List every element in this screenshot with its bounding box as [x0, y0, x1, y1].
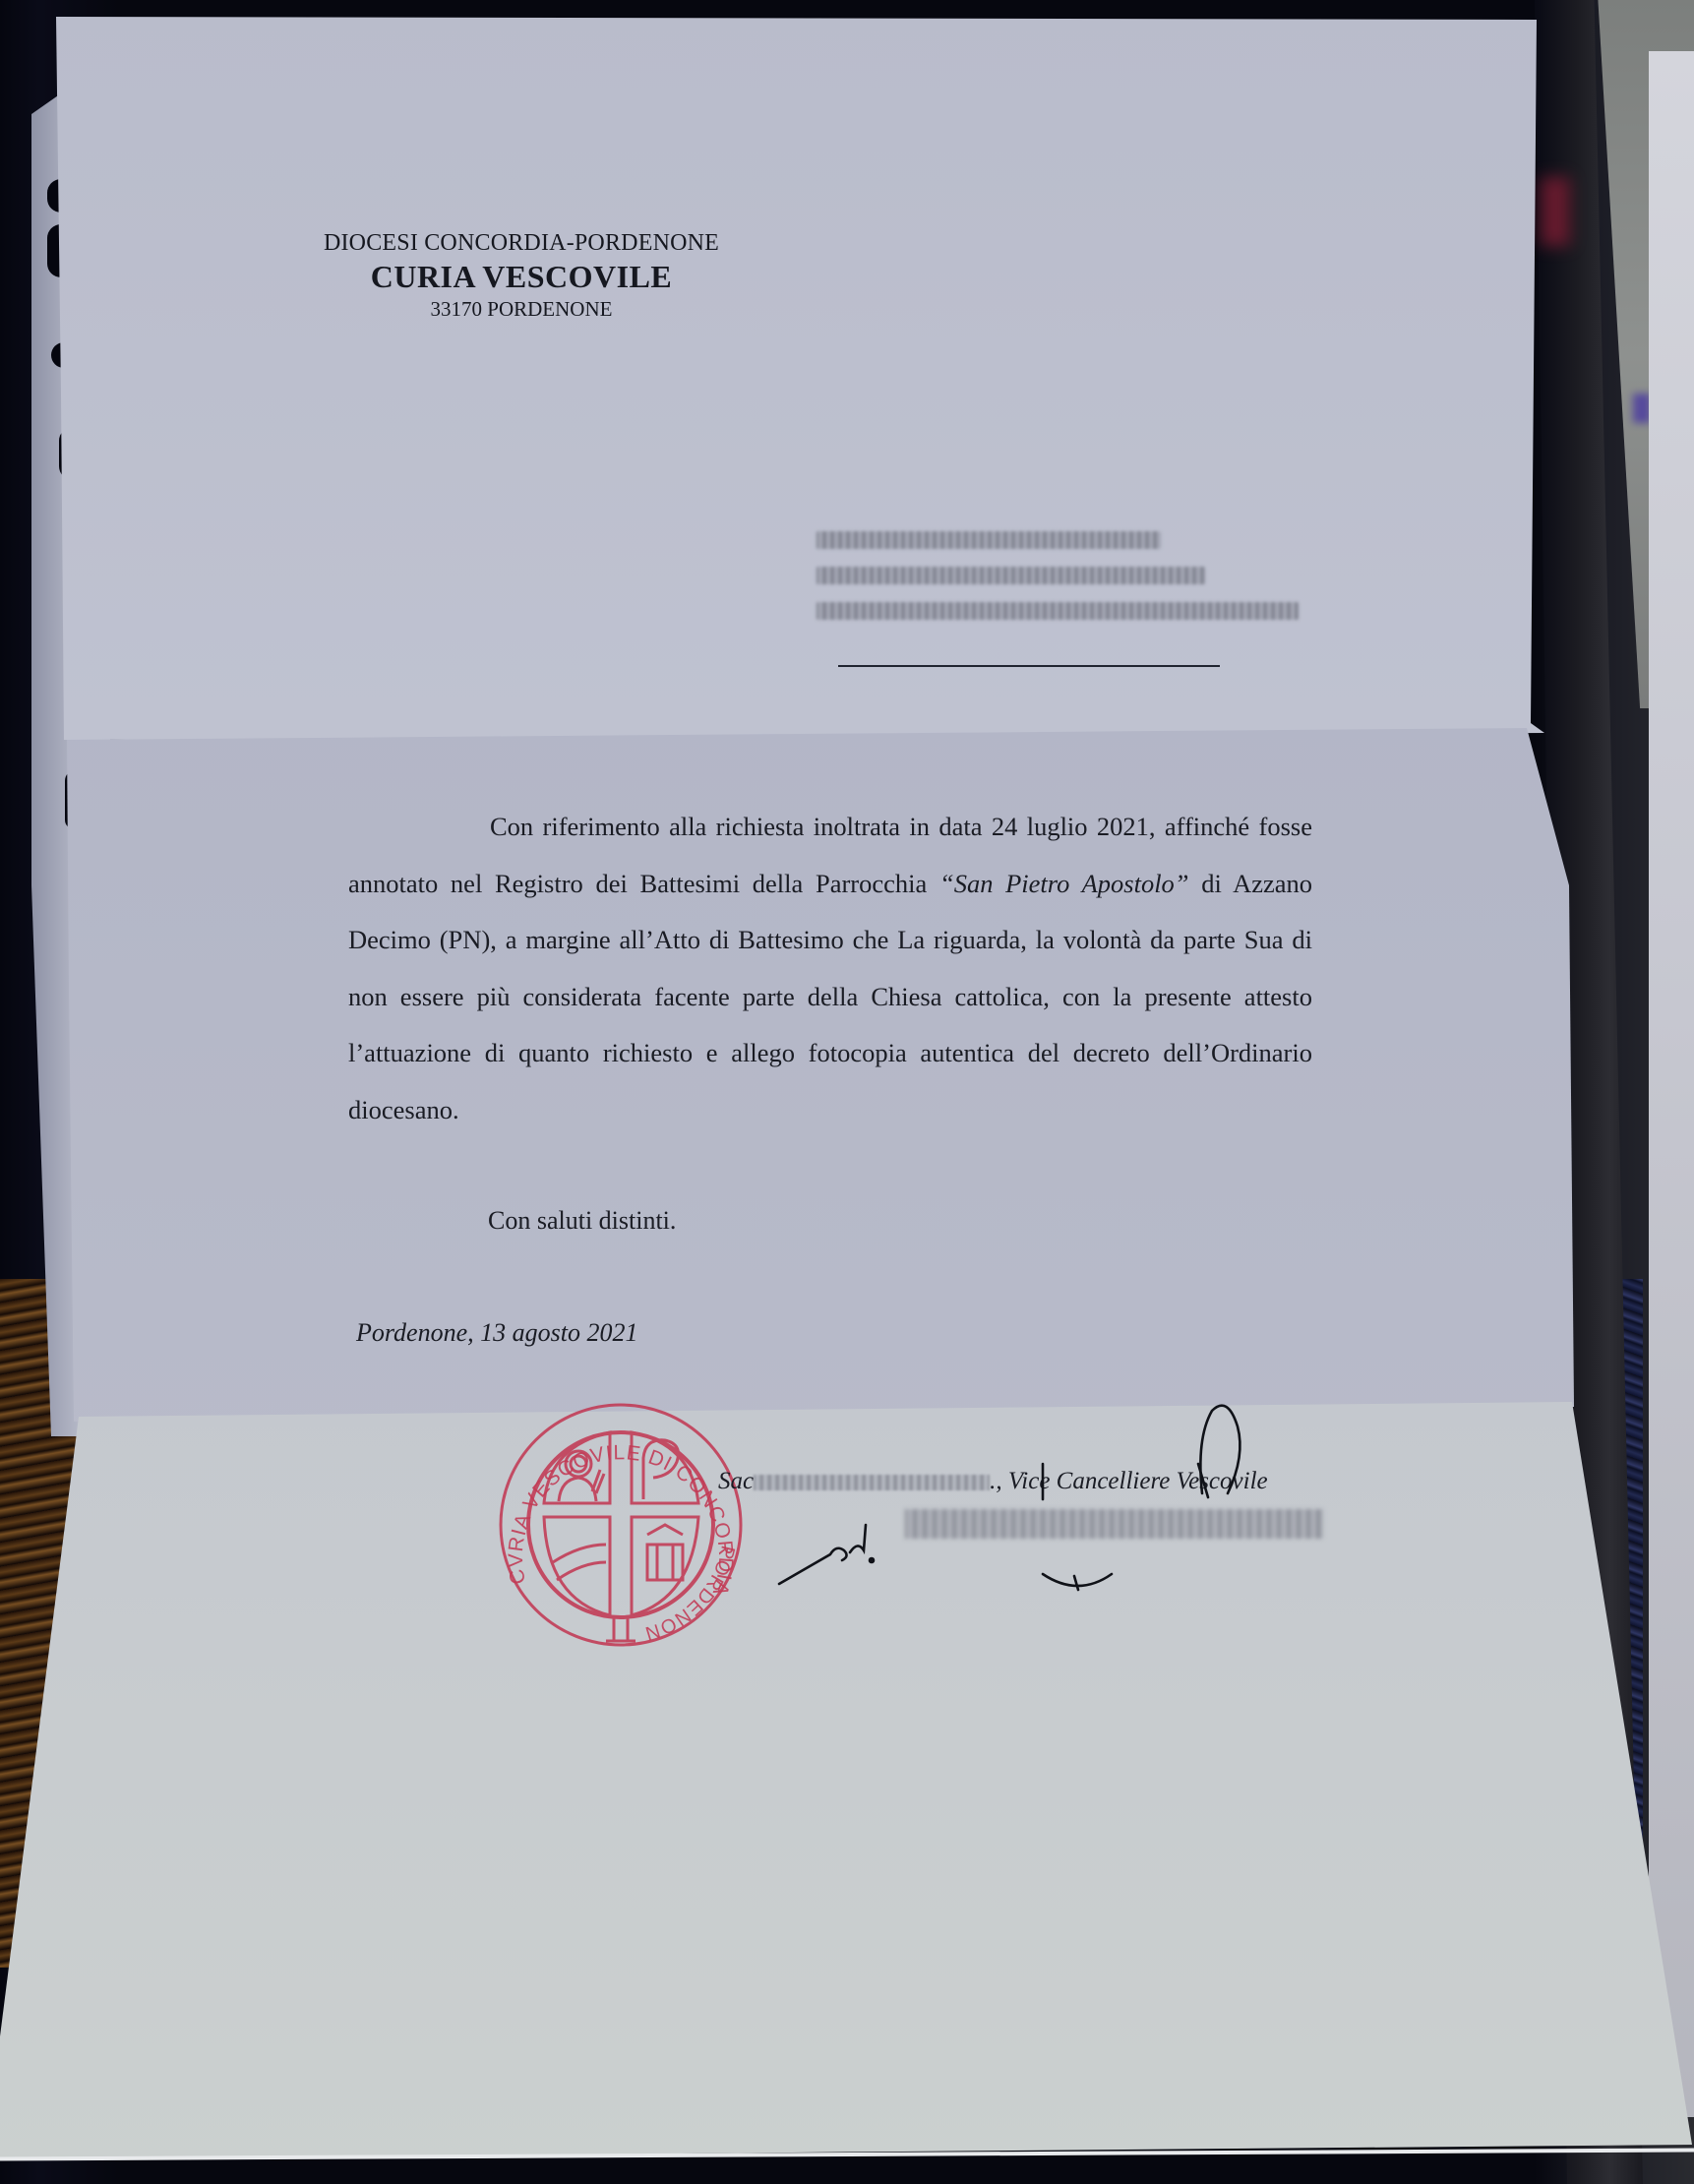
- place-and-date: Pordenone, 13 agosto 2021: [356, 1318, 637, 1348]
- letterhead-city: 33170 PORDENONE: [295, 295, 748, 323]
- signatory-role: ., Vice Cancelliere Vescovile: [990, 1468, 1268, 1494]
- redacted-address-line: [817, 531, 1161, 549]
- adjacent-paper-sheet: [1649, 51, 1694, 2117]
- svg-text:CVRIA VESCOVILE DI CONCORDIA: CVRIA VESCOVILE DI CONCORDIA: [505, 1441, 737, 1599]
- letterhead: DIOCESI CONCORDIA-PORDENONE CURIA VESCOV…: [295, 228, 748, 323]
- recipient-address: [817, 531, 1328, 637]
- redacted-address-line: [817, 602, 1299, 620]
- letterhead-diocese: DIOCESI CONCORDIA-PORDENONE: [295, 228, 748, 258]
- letterhead-curia: CURIA VESCOVILE: [295, 258, 748, 295]
- seal-text-top: CVRIA VESCOVILE DI CONCORDIA: [505, 1441, 737, 1599]
- redacted-signatory-name: [754, 1475, 990, 1490]
- redacted-address-line: [817, 567, 1205, 584]
- signatory-line: Sac., Vice Cancelliere Vescovile: [718, 1468, 1268, 1495]
- letter-body: Con riferimento alla richiesta inoltrata…: [348, 799, 1312, 1138]
- closing-salutation: Con saluti distinti.: [488, 1206, 676, 1236]
- body-part-2: di Azzano Decimo (PN), a margine all’Att…: [348, 869, 1312, 1124]
- diocesan-seal-stamp: CVRIA VESCOVILE DI CONCORDIA PORDENONE: [490, 1397, 752, 1649]
- parish-name: “San Pietro Apostolo”: [939, 869, 1189, 898]
- recipient-underline: [838, 665, 1220, 667]
- signatory-prefix: Sac: [718, 1468, 754, 1495]
- red-light-reflection: [1541, 177, 1570, 246]
- redacted-handwritten-name: [905, 1509, 1323, 1539]
